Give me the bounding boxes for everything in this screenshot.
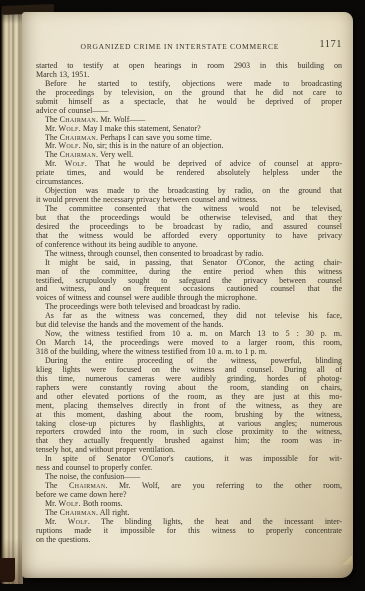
text-line: Mr. Wolf. The blinding lights, the heat …: [36, 518, 342, 527]
text-line: Mr. Wolf. That he would be deprived of a…: [36, 160, 342, 169]
text-line: that the witness would be afforded every…: [36, 232, 342, 241]
text-line: priate times, and would be rendered abso…: [36, 169, 342, 178]
speaker-name-smallcaps: Wolf: [59, 142, 79, 150]
text-line: ruptions made it impossible for this wit…: [36, 527, 342, 536]
text-line: man of the committee, during the entire …: [36, 268, 342, 277]
text-body: started to testify at open hearings in r…: [36, 62, 342, 545]
text-line: Objection was made to the broadcasting b…: [36, 187, 342, 196]
text-line: it would prevent the necessary privacy b…: [36, 196, 342, 205]
page-corner-fold: [343, 556, 352, 565]
text-line: on the questions.: [36, 536, 342, 545]
text-line: The Chairman. All right.: [36, 509, 342, 518]
text-line: Mr. Wolf. May I make this statement, Sen…: [36, 125, 342, 134]
text-line: taking close-up pictures by flashlights,…: [36, 420, 342, 429]
speaker-name-smallcaps: Wolf: [65, 160, 85, 168]
running-head-title: ORGANIZED CRIME IN INTERSTATE COMMERCE: [81, 42, 280, 51]
text-line: this time, numerous cameras were audibly…: [36, 375, 342, 384]
text-line: Before he started to testify, objections…: [36, 80, 342, 89]
page-content: ORGANIZED CRIME IN INTERSTATE COMMERCE 1…: [36, 40, 342, 545]
text-line: The Chairman. Perhaps I can save you som…: [36, 134, 342, 143]
speaker-name-smallcaps: Chairman: [60, 509, 96, 517]
text-line: March 13, 1951.: [36, 71, 342, 80]
scan-background: ORGANIZED CRIME IN INTERSTATE COMMERCE 1…: [0, 0, 365, 591]
text-line: The Chairman. Mr. Wolf——: [36, 116, 342, 125]
text-line: that they actually frequently brushed ag…: [36, 437, 342, 446]
text-line: started to testify at open hearings in r…: [36, 62, 342, 71]
text-line: Mr. Wolf. No, sir; this is in the nature…: [36, 142, 342, 151]
text-line: submit himself as a spectacle, that he w…: [36, 98, 342, 107]
text-line: voices of witness and counsel were audib…: [36, 294, 342, 303]
running-head: ORGANIZED CRIME IN INTERSTATE COMMERCE 1…: [36, 40, 342, 52]
text-line: and other elevated portions of the room,…: [36, 393, 342, 402]
text-line: klieg lights were focused on the witness…: [36, 366, 342, 375]
text-line: On March 14, the proceedings were moved …: [36, 339, 342, 348]
text-line: 318 of the building, where the witness t…: [36, 348, 342, 357]
text-line: reporters crowded into the room, in such…: [36, 428, 342, 437]
text-line: at this moment, dashing about the room, …: [36, 411, 342, 420]
text-line: of conference without its being audible …: [36, 241, 342, 250]
text-line: testified, scrupulously sought to safegu…: [36, 277, 342, 286]
text-line: Mr. Wolf. Both rooms.: [36, 500, 342, 509]
text-line: before we came down here?: [36, 491, 342, 500]
text-line: In spite of Senator O'Conor's cautions, …: [36, 455, 342, 464]
text-line: and witness, and on frequent occasions c…: [36, 285, 342, 294]
text-line: The Chairman. Mr. Wolf, are you referrin…: [36, 482, 342, 491]
page-number: 1171: [319, 39, 342, 50]
text-line: It might be said, in passing, that Senat…: [36, 259, 342, 268]
speaker-name-smallcaps: Wolf: [59, 125, 79, 133]
speaker-name-smallcaps: Chairman: [60, 134, 96, 142]
text-line: The noise, the confusion——: [36, 473, 342, 482]
text-line: The proceedings were both televised and …: [36, 303, 342, 312]
text-line: but did televise the hands and the movem…: [36, 321, 342, 330]
speaker-name-smallcaps: Chairman: [60, 116, 96, 124]
text-line: ness and counsel to properly confer.: [36, 464, 342, 473]
book-page-edges: [0, 8, 23, 584]
text-line: raphers were constantly roving about the…: [36, 384, 342, 393]
book-cover-corner-bottom: [0, 558, 15, 582]
text-line: ment, placing themselves directly in fro…: [36, 402, 342, 411]
speaker-name-smallcaps: Chairman: [69, 482, 105, 490]
text-line: During the entire proceeding of the witn…: [36, 357, 342, 366]
text-line: The Chairman. Very well.: [36, 151, 342, 160]
text-line: advice of counsel——: [36, 107, 342, 116]
speaker-name-smallcaps: Wolf: [59, 500, 79, 508]
text-line: circumstances.: [36, 178, 342, 187]
text-line: The witness, through counsel, then conse…: [36, 250, 342, 259]
text-line: but that the proceedings would be otherw…: [36, 214, 342, 223]
speaker-name-smallcaps: Chairman: [60, 151, 96, 159]
text-line: the proceedings by television, on the gr…: [36, 89, 342, 98]
text-line: desired the proceedings to be broadcast …: [36, 223, 342, 232]
text-line: tensely hot, and without proper ventilat…: [36, 446, 342, 455]
text-line: The committee consented that the witness…: [36, 205, 342, 214]
text-line: Now, the witness testified from 10 a. m.…: [36, 330, 342, 339]
speaker-name-smallcaps: Wolf: [68, 518, 88, 526]
text-line: As far as the witness was concerned, the…: [36, 312, 342, 321]
scanned-page: ORGANIZED CRIME IN INTERSTATE COMMERCE 1…: [22, 12, 353, 578]
